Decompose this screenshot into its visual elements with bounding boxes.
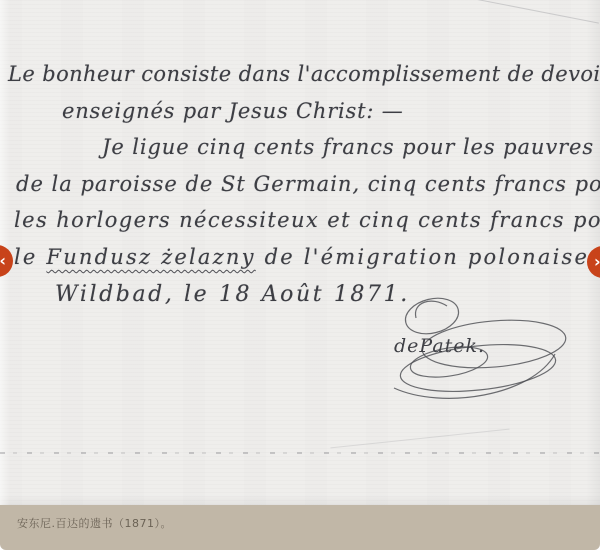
fund-underlined-phrase: Fundusz żelazny (46, 245, 255, 269)
chevron-right-icon: › (594, 252, 600, 271)
fund-line-pre: le (14, 245, 46, 269)
letter-scan-page: Le bonheur consiste dans l'accomplisseme… (0, 0, 600, 550)
letter-line-2: enseignés par Jesus Christ: — (62, 99, 404, 123)
letter-line-1: Le bonheur consiste dans l'accomplisseme… (8, 62, 600, 86)
chevron-left-icon: ‹ (0, 251, 6, 270)
letter-line-4: de la paroisse de St Germain, cinq cents… (16, 172, 600, 196)
letter-scan: Le bonheur consiste dans l'accomplisseme… (0, 0, 600, 505)
signature-text: dePatek. (394, 335, 485, 357)
letter-line-5: les horlogers nécessiteux et cinq cents … (14, 208, 600, 232)
caption-text: 安东尼.百达的遗书（1871）。 (17, 515, 172, 531)
paper-fold-crease-mid (330, 429, 509, 449)
letter-line-6: le Fundusz żelazny de l'émigration polon… (14, 245, 589, 269)
paper-fold-crease-top (469, 0, 599, 24)
letter-line-3: Je ligue cinq cents francs pour les pauv… (102, 135, 594, 159)
letter-date-line: Wildbad, le 18 Août 1871. (55, 282, 410, 307)
paper-fold-crease (0, 452, 600, 454)
caption-bar: 安东尼.百达的遗书（1871）。 (0, 505, 600, 550)
fund-line-post: de l'émigration polonaise (256, 245, 589, 269)
signature-flourish: dePatek. (392, 292, 592, 402)
